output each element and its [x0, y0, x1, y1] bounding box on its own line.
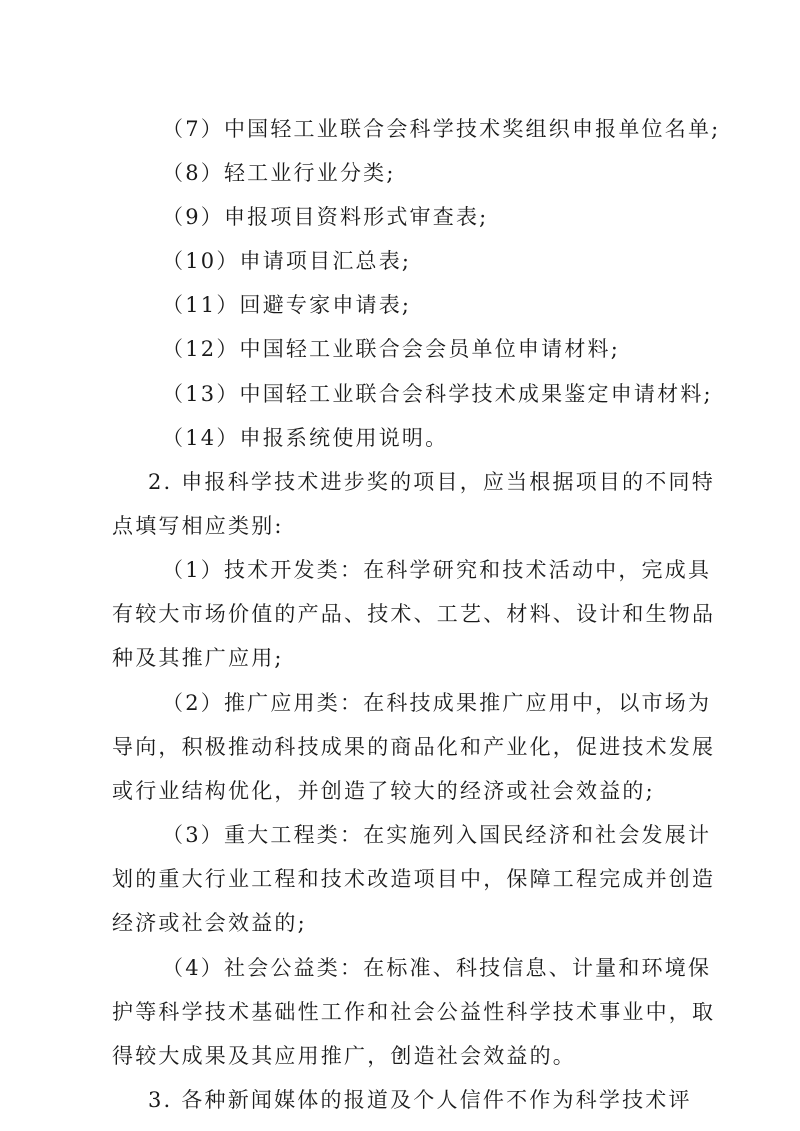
list-item-7: （7）中国轻工业联合会科学技术奖组织申报单位名单; — [162, 112, 800, 146]
paragraph-line: 护等科学技术基础性工作和社会公益性科学技术事业中，取 — [112, 995, 800, 1029]
list-item-13: （13）中国轻工业联合会科学技术成果鉴定申请材料; — [162, 377, 800, 411]
list-item-11: （11）回避专家申请表; — [162, 288, 800, 322]
category-3: （3）重大工程类：在实施列入国民经济和社会发展计 — [162, 818, 800, 852]
document-page: （7）中国轻工业联合会科学技术奖组织申报单位名单; （8）轻工业行业分类; （9… — [0, 0, 800, 1131]
paragraph-line: 导向，积极推动科技成果的商品化和产业化，促进技术发展 — [112, 730, 800, 764]
category-2: （2）推广应用类：在科技成果推广应用中，以市场为 — [162, 686, 800, 720]
paragraph-line: 点填写相应类别: — [112, 509, 800, 543]
paragraph-line: 划的重大行业工程和技术改造项目中，保障工程完成并创造 — [112, 862, 800, 896]
category-4: （4）社会公益类：在标准、科技信息、计量和环境保 — [162, 951, 800, 985]
list-item-9: （9）申报项目资料形式审查表; — [162, 200, 800, 234]
category-1: （1）技术开发类：在科学研究和技术活动中，完成具 — [162, 553, 800, 587]
list-item-8: （8）轻工业行业分类; — [162, 156, 800, 190]
list-item-10: （10）申请项目汇总表; — [162, 244, 800, 278]
paragraph-line: 有较大市场价值的产品、技术、工艺、材料、设计和生物品 — [112, 597, 800, 631]
section-2-heading: 2. 申报科学技术进步奖的项目，应当根据项目的不同特 — [148, 465, 800, 499]
paragraph-line: 或行业结构优化，并创造了较大的经济或社会效益的; — [112, 774, 800, 808]
paragraph-line: 种及其推广应用; — [112, 641, 800, 675]
list-item-12: （12）中国轻工业联合会会员单位申请材料; — [162, 332, 800, 366]
section-3-heading: 3. 各种新闻媒体的报道及个人信件不作为科学技术评 — [148, 1083, 800, 1117]
page-number: 3 — [0, 1046, 800, 1059]
list-item-14: （14）申报系统使用说明。 — [162, 421, 800, 455]
paragraph-line: 经济或社会效益的; — [112, 906, 800, 940]
